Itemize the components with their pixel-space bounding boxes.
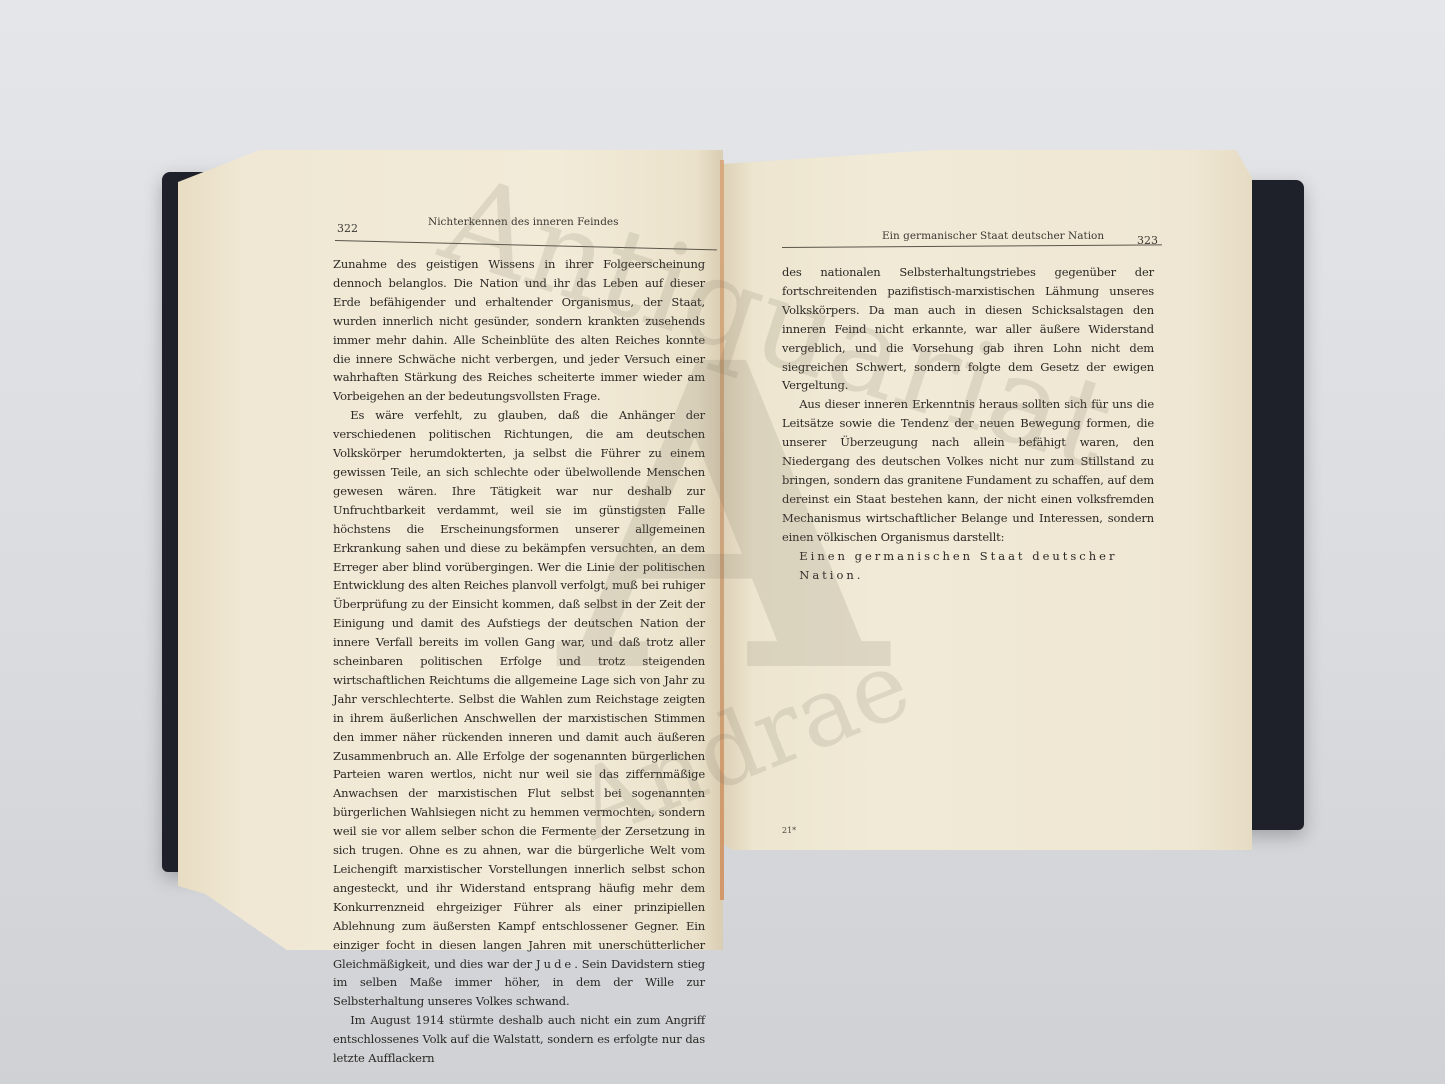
right-paragraph-3: Einen germanischen Staat deutscher Natio… xyxy=(782,547,1154,585)
left-running-head: Nichterkennen des inneren Feindes xyxy=(428,216,619,228)
book-photo: 322 Nichterkennen des inneren Feindes Zu… xyxy=(0,0,1445,1084)
right-running-head: Ein germanischer Staat deutscher Nation xyxy=(882,230,1104,242)
right-paragraph-2: Aus dieser inneren Erkenntnis heraus sol… xyxy=(782,395,1154,546)
book-gutter xyxy=(720,160,724,900)
left-page-body: Zunahme des geistigen Wissens in ihrer F… xyxy=(333,255,705,1068)
right-page-body: des nationalen Selbsterhaltungstriebes g… xyxy=(782,263,1154,584)
left-page-number: 322 xyxy=(337,222,358,235)
signature-mark: 21* xyxy=(782,826,796,835)
left-paragraph-2-emphasis: Jude xyxy=(536,957,574,971)
right-paragraph-1: des nationalen Selbsterhaltungstriebes g… xyxy=(782,263,1154,395)
left-paragraph-3: Im August 1914 stürmte deshalb auch nich… xyxy=(333,1011,705,1068)
left-paragraph-2: Es wäre verfehlt, zu glauben, daß die An… xyxy=(333,406,705,1011)
left-paragraph-1: Zunahme des geistigen Wissens in ihrer F… xyxy=(333,255,705,406)
left-paragraph-2-text: Es wäre verfehlt, zu glauben, daß die An… xyxy=(333,408,705,970)
